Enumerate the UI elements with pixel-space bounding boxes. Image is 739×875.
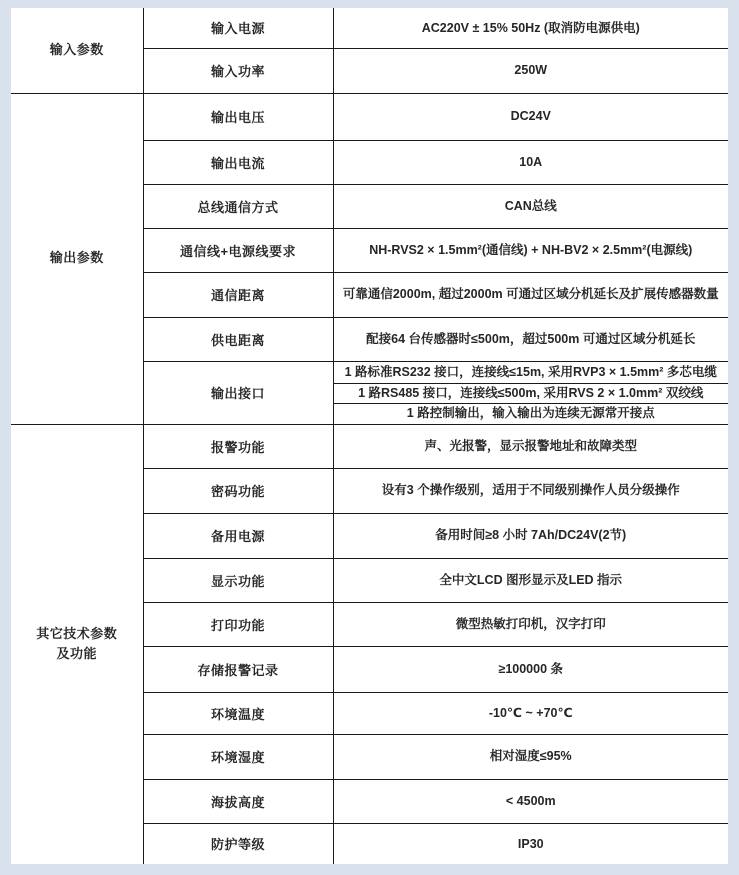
param-label: 防护等级 — [143, 823, 333, 864]
param-value: ≥100000 条 — [333, 646, 728, 692]
section-category-label: 输入参数 — [34, 40, 120, 60]
table-row: 其它技术参数及功能 报警功能 声、光报警，显示报警地址和故障类型 — [11, 424, 728, 468]
param-value: IP30 — [333, 823, 728, 864]
param-label: 通信线+电源线要求 — [143, 228, 333, 272]
param-value: 配接64 台传感器时≤500m，超过500m 可通过区域分机延长 — [333, 317, 728, 361]
output-interface-value: 1 路控制输出，输入输出为连续无源常开接点 — [333, 403, 728, 424]
param-label: 总线通信方式 — [143, 184, 333, 228]
param-label: 密码功能 — [143, 468, 333, 513]
param-value: 全中文LCD 图形显示及LED 指示 — [333, 558, 728, 602]
param-label: 环境湿度 — [143, 734, 333, 779]
param-label: 海拔高度 — [143, 779, 333, 823]
param-label: 输入功率 — [143, 48, 333, 93]
spec-table: 输入参数 输入电源 AC220V ± 15% 50Hz (取消防电源供电) 输入… — [11, 8, 728, 864]
spec-table-container: 输入参数 输入电源 AC220V ± 15% 50Hz (取消防电源供电) 输入… — [11, 8, 728, 864]
param-value: 可靠通信2000m, 超过2000m 可通过区域分机延长及扩展传感器数量 — [333, 272, 728, 317]
param-value: AC220V ± 15% 50Hz (取消防电源供电) — [333, 8, 728, 48]
param-label: 存储报警记录 — [143, 646, 333, 692]
section-category-label: 其它技术参数及功能 — [34, 624, 120, 664]
param-label: 报警功能 — [143, 424, 333, 468]
table-row: 输出参数 输出电压 DC24V — [11, 93, 728, 140]
param-value: 微型热敏打印机，汉字打印 — [333, 602, 728, 646]
param-label: 打印功能 — [143, 602, 333, 646]
param-label: 备用电源 — [143, 513, 333, 558]
param-label: 环境温度 — [143, 692, 333, 734]
param-value: -10℃ ~ +70℃ — [333, 692, 728, 734]
section-category-label: 输出参数 — [34, 248, 120, 268]
output-interface-value: 1 路RS485 接口，连接线≤500m, 采用RVS 2 × 1.0mm² 双… — [333, 383, 728, 403]
param-label: 供电距离 — [143, 317, 333, 361]
param-value: 声、光报警，显示报警地址和故障类型 — [333, 424, 728, 468]
param-value: < 4500m — [333, 779, 728, 823]
param-label: 显示功能 — [143, 558, 333, 602]
param-label: 输出接口 — [143, 361, 333, 424]
output-interface-value: 1 路标准RS232 接口，连接线≤15m, 采用RVP3 × 1.5mm² 多… — [333, 361, 728, 383]
page-background: { "page": { "background_color": "#d9e2ec… — [0, 0, 739, 875]
section-category: 其它技术参数及功能 — [11, 424, 143, 864]
table-row: 输入参数 输入电源 AC220V ± 15% 50Hz (取消防电源供电) — [11, 8, 728, 48]
param-label: 输出电压 — [143, 93, 333, 140]
section-category: 输入参数 — [11, 8, 143, 93]
param-label: 输入电源 — [143, 8, 333, 48]
param-value: 备用时间≥8 小时 7Ah/DC24V(2节) — [333, 513, 728, 558]
param-value: 250W — [333, 48, 728, 93]
param-label: 通信距离 — [143, 272, 333, 317]
param-value: CAN总线 — [333, 184, 728, 228]
param-value: 10A — [333, 140, 728, 184]
param-value: NH-RVS2 × 1.5mm²(通信线) + NH-BV2 × 2.5mm²(… — [333, 228, 728, 272]
param-label: 输出电流 — [143, 140, 333, 184]
param-value: DC24V — [333, 93, 728, 140]
section-category: 输出参数 — [11, 93, 143, 424]
param-value: 相对湿度≤95% — [333, 734, 728, 779]
param-value: 设有3 个操作级别，适用于不同级别操作人员分级操作 — [333, 468, 728, 513]
